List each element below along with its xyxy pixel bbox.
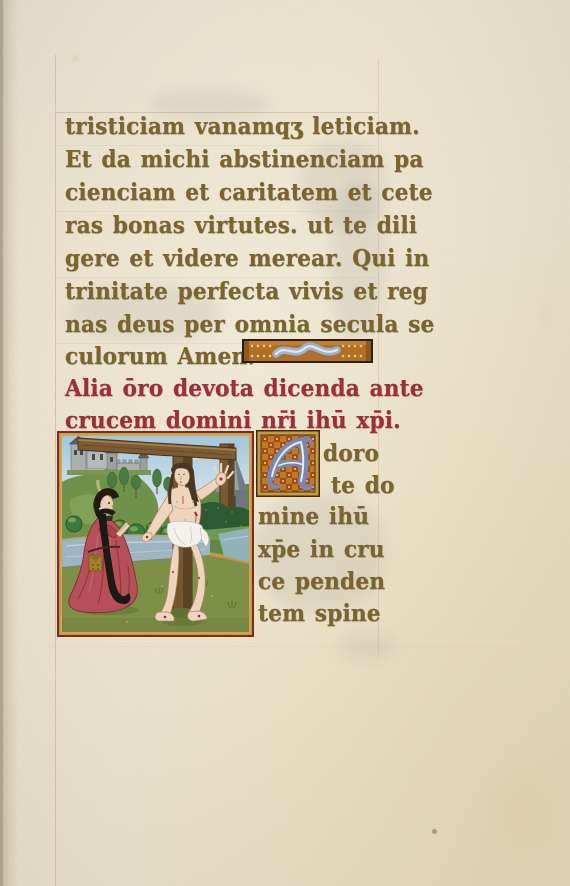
left-margin-ruling (55, 55, 56, 886)
fold-line (45, 646, 525, 647)
prayer-line: doro (323, 440, 379, 468)
prayer-line: te do (331, 472, 395, 500)
rubric-line: Alia ōro devota dicenda ante (65, 375, 424, 403)
prayer-line: tem spine (258, 600, 381, 628)
manuscript-line: trinitate perfecta vivis et reg (65, 278, 428, 306)
manuscript-line: cienciam et caritatem et cete (65, 179, 433, 207)
initial-a-panel (256, 430, 320, 497)
miniature (57, 431, 254, 641)
line-filler-ornament (242, 339, 373, 367)
parchment-stain (72, 55, 79, 61)
loincloth (167, 521, 203, 547)
prayer-line: ce penden (258, 568, 385, 596)
manuscript-line: Et da michi abstinenciam pa (65, 146, 424, 174)
manuscript-line: gere et videre merear. Qui in (65, 245, 429, 273)
manuscript-line: ras bonas virtutes. ut te dili (65, 212, 417, 240)
parchment-stain (540, 300, 550, 330)
manuscript-line: culorum Amen. (65, 343, 255, 371)
gutter-edge (0, 0, 3, 886)
ink-spot (432, 829, 437, 834)
line-filler-bar (242, 339, 373, 363)
illuminated-initial (256, 430, 320, 501)
manuscript-line: tristiciam vanamqʒ leticiam. (65, 113, 420, 141)
prayer-line: xp̄e in cru (258, 536, 385, 564)
manuscript-line: nas deus per omnia secula se (65, 311, 434, 339)
miniature-painting (57, 431, 254, 637)
show-through (340, 633, 395, 661)
gold-pouch (89, 555, 102, 571)
prayer-line: mine ihū (258, 503, 369, 531)
parchment-stain (497, 775, 557, 855)
manuscript-page: tristiciam vanamqʒ leticiam. Et da michi… (0, 0, 570, 886)
